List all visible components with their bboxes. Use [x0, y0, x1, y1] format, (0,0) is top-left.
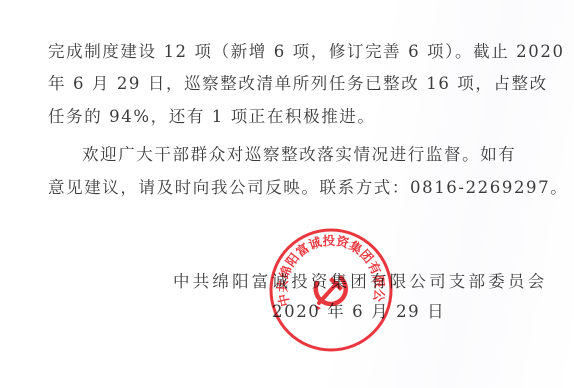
- paragraph-2-line-1: 欢迎广大干部群众对巡察整改落实情况进行监督。如有: [82, 145, 552, 165]
- paragraph-2-line-2: 意见建议，请及时向我公司反映。联系方式：0816-2269297。: [48, 178, 518, 198]
- document-page: 完成制度建设 12 项（新增 6 项，修订完善 6 项）。截止 2020 年 6…: [0, 0, 574, 388]
- official-seal-icon: 中共绵阳富诚投资集团有限公司支部委员会: [268, 227, 394, 353]
- paragraph-1-line-1: 完成制度建设 12 项（新增 6 项，修订完善 6 项）。截止 2020: [48, 42, 518, 62]
- paragraph-1-line-2: 年 6 月 29 日，巡察整改清单所列任务已整改 16 项，占整改: [48, 74, 518, 94]
- paragraph-1-line-3: 任务的 94%，还有 1 项正在积极推进。: [48, 107, 518, 127]
- hammer-and-sickle-icon: [315, 277, 346, 310]
